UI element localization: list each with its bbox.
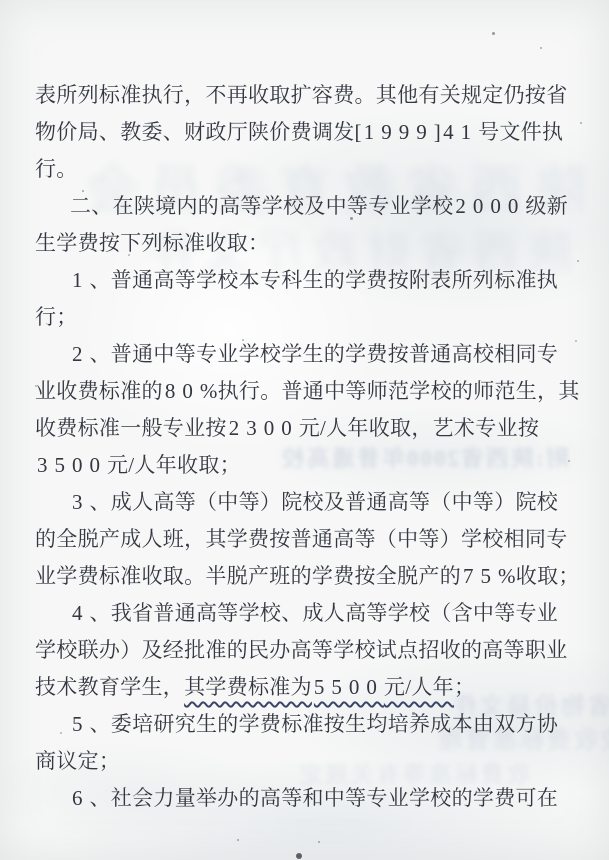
scan-speck xyxy=(580,122,582,124)
scan-speck xyxy=(540,47,542,49)
scan-speck xyxy=(35,385,37,387)
scan-speck xyxy=(412,712,415,715)
scan-speck xyxy=(577,260,579,262)
scan-speck xyxy=(82,190,84,192)
scan-speck xyxy=(237,839,239,841)
scan-speck xyxy=(575,340,577,342)
scan-speck xyxy=(128,254,130,256)
scan-speck xyxy=(350,217,353,220)
scan-speck xyxy=(470,101,473,104)
scan-speck xyxy=(60,732,62,734)
scan-speck xyxy=(180,572,182,574)
scanned-document-page: 陕西省教育委员会陕西省财政厅文件附:陕西省2000年普通高校陕西省物价局文件学校… xyxy=(0,0,609,860)
scan-speck xyxy=(242,339,244,341)
scan-speck xyxy=(492,32,495,35)
scan-speck xyxy=(296,853,302,859)
scan-noise-layer xyxy=(0,0,609,860)
scan-speck xyxy=(568,460,570,462)
scan-speck xyxy=(318,841,320,843)
